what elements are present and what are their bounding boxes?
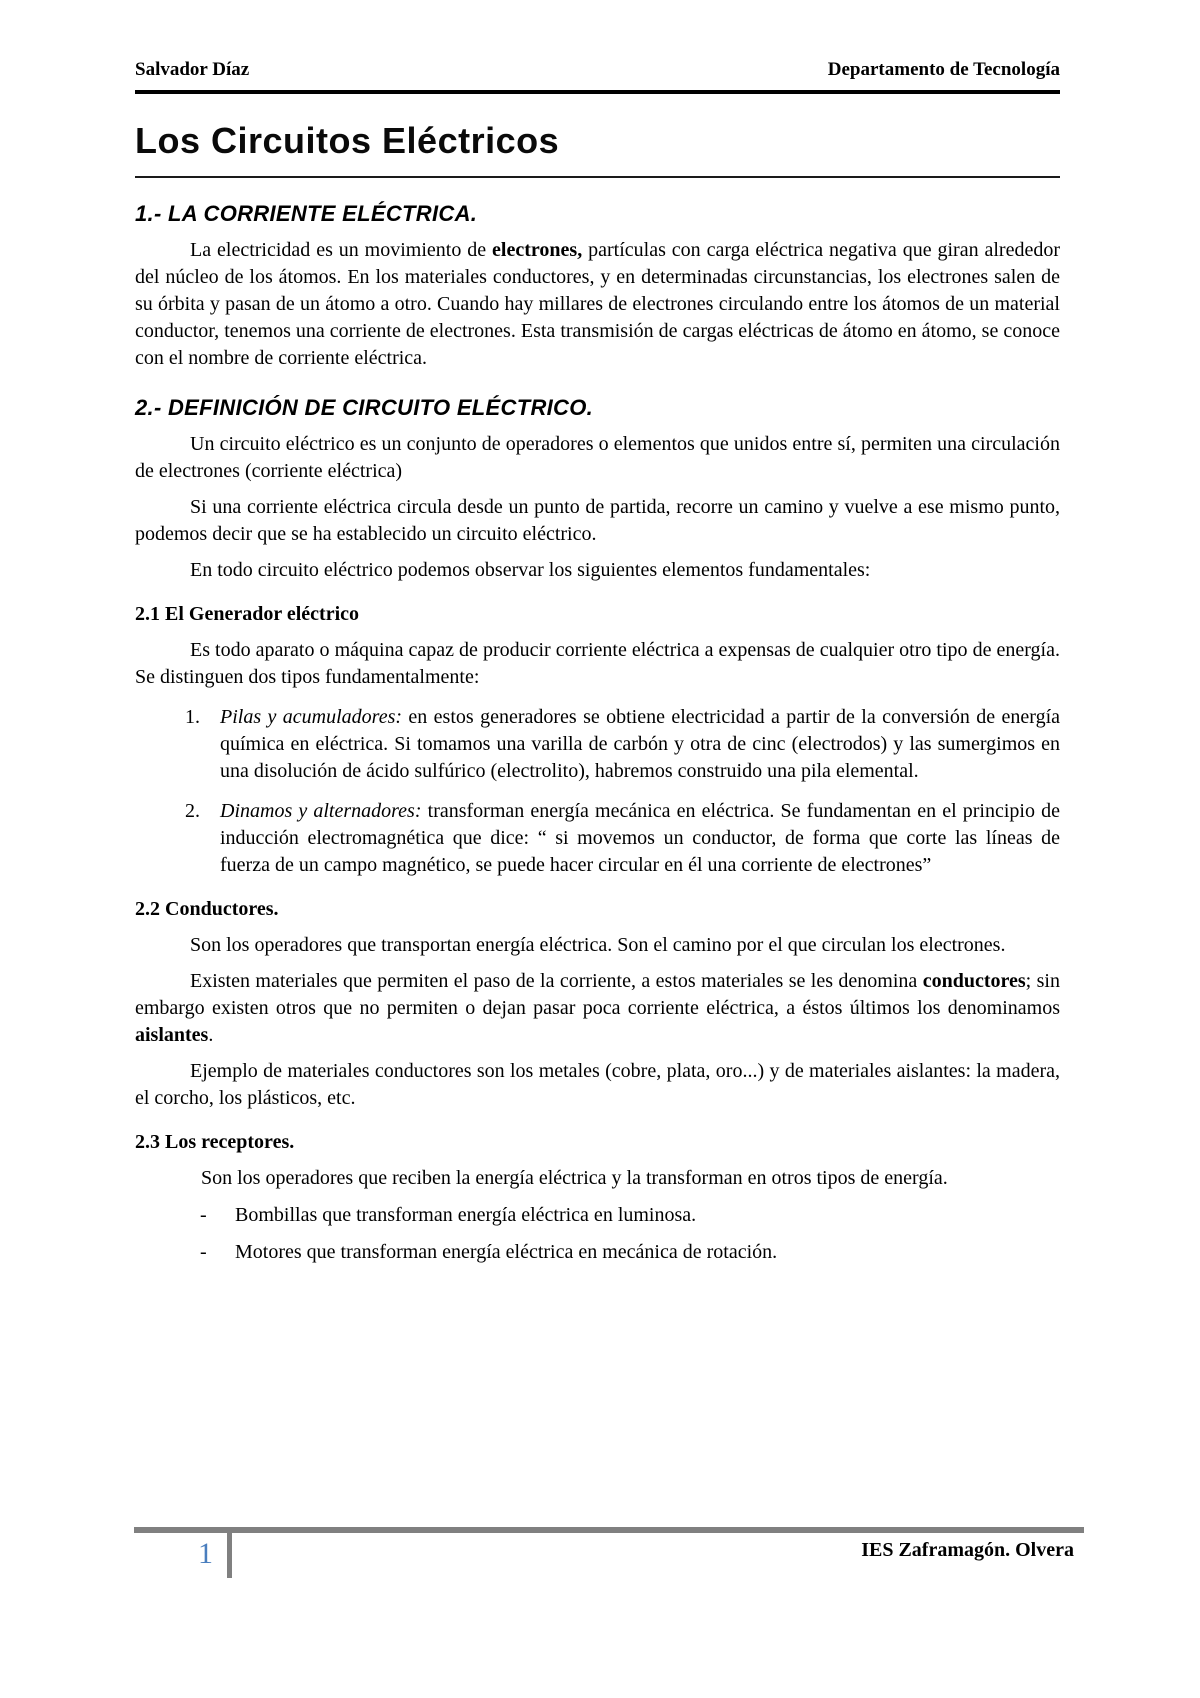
- header-department: Departamento de Tecnología: [828, 58, 1060, 82]
- dash-bullet: -: [200, 1239, 235, 1266]
- title-divider: [135, 176, 1060, 178]
- section-1-paragraph: La electricidad es un movimiento de elec…: [135, 237, 1060, 372]
- section-1-heading: 1.- LA CORRIENTE ELÉCTRICA.: [135, 200, 1060, 228]
- list-item-text: Motores que transforman energía eléctric…: [235, 1239, 1060, 1266]
- subsection-2-2-heading: 2.2 Conductores.: [135, 896, 1060, 923]
- section-2-paragraph-1: Un circuito eléctrico es un conjunto de …: [135, 431, 1060, 485]
- page-number: 1: [198, 1537, 213, 1571]
- document-title: Los Circuitos Eléctricos: [135, 120, 1060, 162]
- list-item-text: Pilas y acumuladores: en estos generador…: [220, 704, 1060, 785]
- generator-list-item-1: 1. Pilas y acumuladores: en estos genera…: [135, 704, 1060, 785]
- generator-list-item-2: 2. Dinamos y alternadores: transforman e…: [135, 798, 1060, 879]
- document-page: Salvador Díaz Departamento de Tecnología…: [0, 0, 1200, 1698]
- conductors-paragraph-2: Existen materiales que permiten el paso …: [135, 968, 1060, 1049]
- conductors-paragraph-3: Ejemplo de materiales conductores son lo…: [135, 1058, 1060, 1112]
- footer-divider: [134, 1527, 1084, 1533]
- receptor-list-item-1: - Bombillas que transforman energía eléc…: [135, 1202, 1060, 1229]
- list-item-text: Dinamos y alternadores: transforman ener…: [220, 798, 1060, 879]
- conductors-paragraph-1: Son los operadores que transportan energ…: [135, 932, 1060, 959]
- subsection-2-3-heading: 2.3 Los receptores.: [135, 1129, 1060, 1156]
- footer-institution: IES Zaframagón. Olvera: [861, 1538, 1074, 1563]
- document-content: Salvador Díaz Departamento de Tecnología…: [135, 58, 1060, 1266]
- generator-paragraph: Es todo aparato o máquina capaz de produ…: [135, 637, 1060, 691]
- subsection-2-1-heading: 2.1 El Generador eléctrico: [135, 601, 1060, 628]
- list-item-text: Bombillas que transforman energía eléctr…: [235, 1202, 1060, 1229]
- page-header: Salvador Díaz Departamento de Tecnología: [135, 58, 1060, 94]
- receptor-list-item-2: - Motores que transforman energía eléctr…: [135, 1239, 1060, 1266]
- footer-accent-bar: [227, 1527, 232, 1578]
- receptors-paragraph: Son los operadores que reciben la energí…: [135, 1165, 1060, 1192]
- header-author: Salvador Díaz: [135, 58, 249, 82]
- dash-bullet: -: [200, 1202, 235, 1229]
- list-item-number: 2.: [185, 798, 220, 879]
- section-2-paragraph-2: Si una corriente eléctrica circula desde…: [135, 494, 1060, 548]
- list-item-number: 1.: [185, 704, 220, 785]
- page-footer: 1 IES Zaframagón. Olvera: [134, 1527, 1084, 1589]
- section-2-heading: 2.- DEFINICIÓN DE CIRCUITO ELÉCTRICO.: [135, 394, 1060, 422]
- section-2-paragraph-3: En todo circuito eléctrico podemos obser…: [135, 557, 1060, 584]
